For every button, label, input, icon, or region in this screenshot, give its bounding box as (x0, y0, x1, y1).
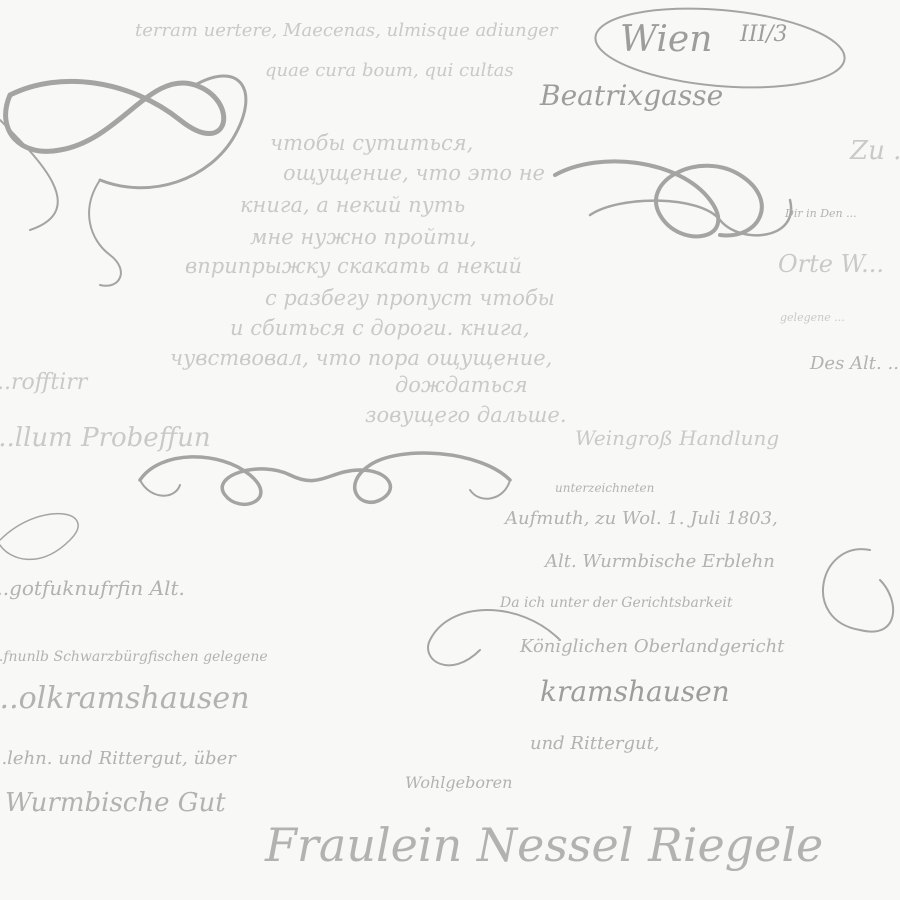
edge-fragment-1: Zu ... (850, 138, 900, 164)
german-right-2: unterzeichneten (555, 482, 654, 494)
german-right-1: Weingroß Handlung (575, 428, 779, 448)
russian-line-8: чувствовал, что пора ощущение, (170, 348, 552, 369)
german-right-9: Wohlgeboren (405, 775, 512, 791)
german-right-3: Aufmuth, zu Wol. 1. Juli 1803, (505, 510, 778, 528)
russian-line-6: с разбегу пропуст чтобы (265, 288, 555, 309)
edge-fragment-3: Orte W... (778, 252, 884, 276)
russian-line-9: дождаться (395, 375, 528, 396)
signature: Fraulein Nessel Riegele (265, 822, 823, 868)
german-left-4: ...fnunlb Schwarzbürgfischen gelegene (0, 650, 268, 664)
address-district: III/3 (740, 24, 787, 46)
german-left-5: ...olkramshausen (0, 684, 250, 714)
russian-line-5: вприпрыжку скакать а некий (185, 256, 522, 277)
edge-fragment-4: gelegene ... (780, 312, 845, 323)
german-right-6: Königlichen Oberlandgericht (520, 638, 784, 656)
latin-verse-line-2: quae cura boum, qui cultas (265, 62, 514, 80)
german-left-1: ...rofftirr (0, 372, 87, 394)
edge-fragment-2: Dir in Den ... (785, 208, 857, 219)
german-right-5: Da ich unter der Gerichtsbarkeit (500, 596, 732, 610)
calligraphy-wallpaper: terram uertere, Maecenas, ulmisque adiun… (0, 0, 900, 900)
german-left-2: ...llum Probeffun (0, 425, 211, 451)
russian-line-2: ощущение, что это не (283, 163, 545, 184)
edge-fragment-5: Des Alt. ... (810, 355, 900, 373)
russian-line-3: книга, а некий путь (240, 195, 465, 216)
address-city: Wien (620, 22, 712, 58)
address-street: Beatrixgasse (540, 82, 723, 110)
latin-verse-line-1: terram uertere, Maecenas, ulmisque adiun… (135, 22, 557, 40)
german-left-6: ...lehn. und Rittergut, über (0, 750, 236, 768)
german-left-7: Wurmbische Gut (5, 790, 226, 816)
german-right-8: und Rittergut, (530, 735, 660, 753)
german-right-7: kramshausen (540, 678, 730, 706)
russian-line-1: чтобы сутиться, (270, 133, 473, 154)
russian-line-10: зовущего дальше. (365, 405, 567, 426)
russian-line-7: и сбиться с дороги. книга, (230, 318, 530, 339)
german-right-4: Alt. Wurmbische Erblehn (545, 553, 775, 571)
german-left-3: ...gotfuknufrfin Alt. (0, 578, 185, 598)
russian-line-4: мне нужно пройти, (250, 227, 477, 248)
